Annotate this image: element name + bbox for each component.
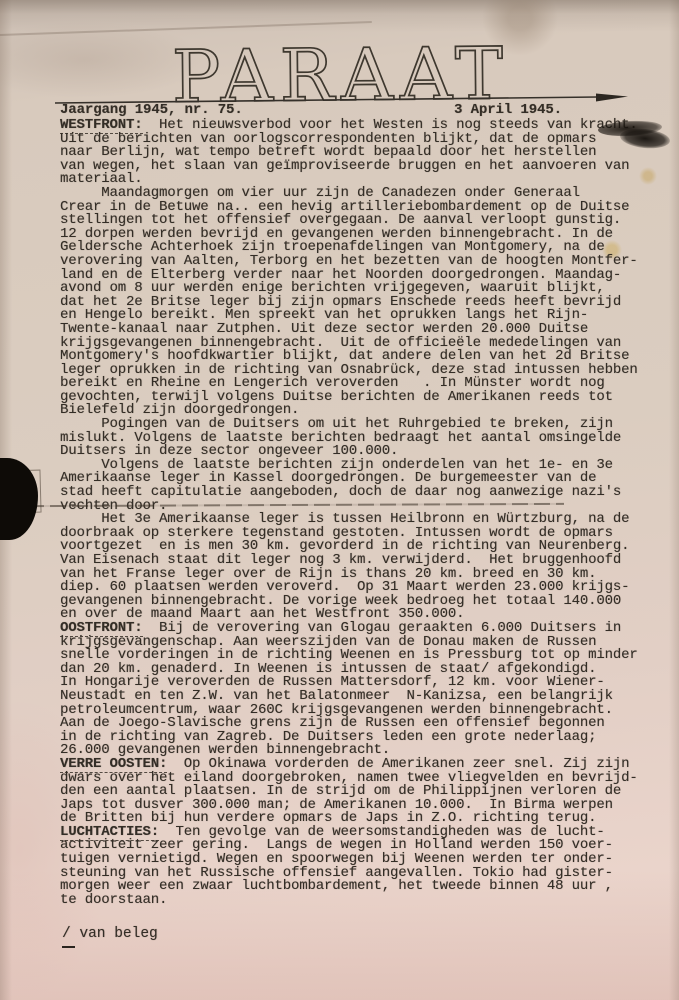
arrow-icon	[596, 94, 628, 102]
article-paragraph: Het 3e Amerikaanse leger is tussen Heilb…	[60, 513, 676, 622]
footnote-underline	[62, 946, 75, 948]
issue-label: Jaargang 1945, nr. 75.	[60, 102, 243, 118]
paragraph-text: Ten gevolge van de weersomstandigheden w…	[60, 824, 613, 908]
date-label: 3 April 1945.	[454, 102, 562, 118]
issue-line: Jaargang 1945, nr. 75. 3 April 1945.	[60, 102, 676, 118]
paragraph-text: Maandagmorgen om vier uur zijn de Canade…	[60, 185, 638, 419]
footnote: / van beleg	[62, 926, 158, 942]
newspaper-page: PARAAT Jaargang 1945, nr. 75. 3 April 19…	[0, 0, 679, 1000]
article-paragraph-westfront: WESTFRONT: Het nieuwsverbod voor het Wes…	[60, 119, 676, 187]
article-paragraph-oostfront: OOSTFRONT: Bij de verovering van Glogau …	[60, 622, 676, 758]
paragraph-text: Het 3e Amerikaanse leger is tussen Heilb…	[60, 511, 629, 622]
paper-crease	[0, 21, 372, 35]
paragraph-text: Bij de verovering van Glogau geraakten 6…	[60, 620, 638, 758]
footnote-text: / van beleg	[62, 926, 158, 942]
article-paragraph: Maandagmorgen om vier uur zijn de Canade…	[60, 187, 676, 418]
article-paragraph-verre-oosten: VERRE OOSTEN: Op Okinawa vorderden de Am…	[60, 758, 676, 826]
article-paragraph: Pogingen van de Duitsers om uit het Ruhr…	[60, 418, 676, 459]
article-paragraph-luchtacties: LUCHTACTIES: Ten gevolge van de weersoms…	[60, 826, 676, 908]
paragraph-text: Het nieuwsverbod voor het Westen is nog …	[60, 117, 638, 187]
paragraph-text: Pogingen van de Duitsers om uit het Ruhr…	[60, 416, 621, 459]
article-body: WESTFRONT: Het nieuwsverbod voor het Wes…	[60, 119, 676, 907]
